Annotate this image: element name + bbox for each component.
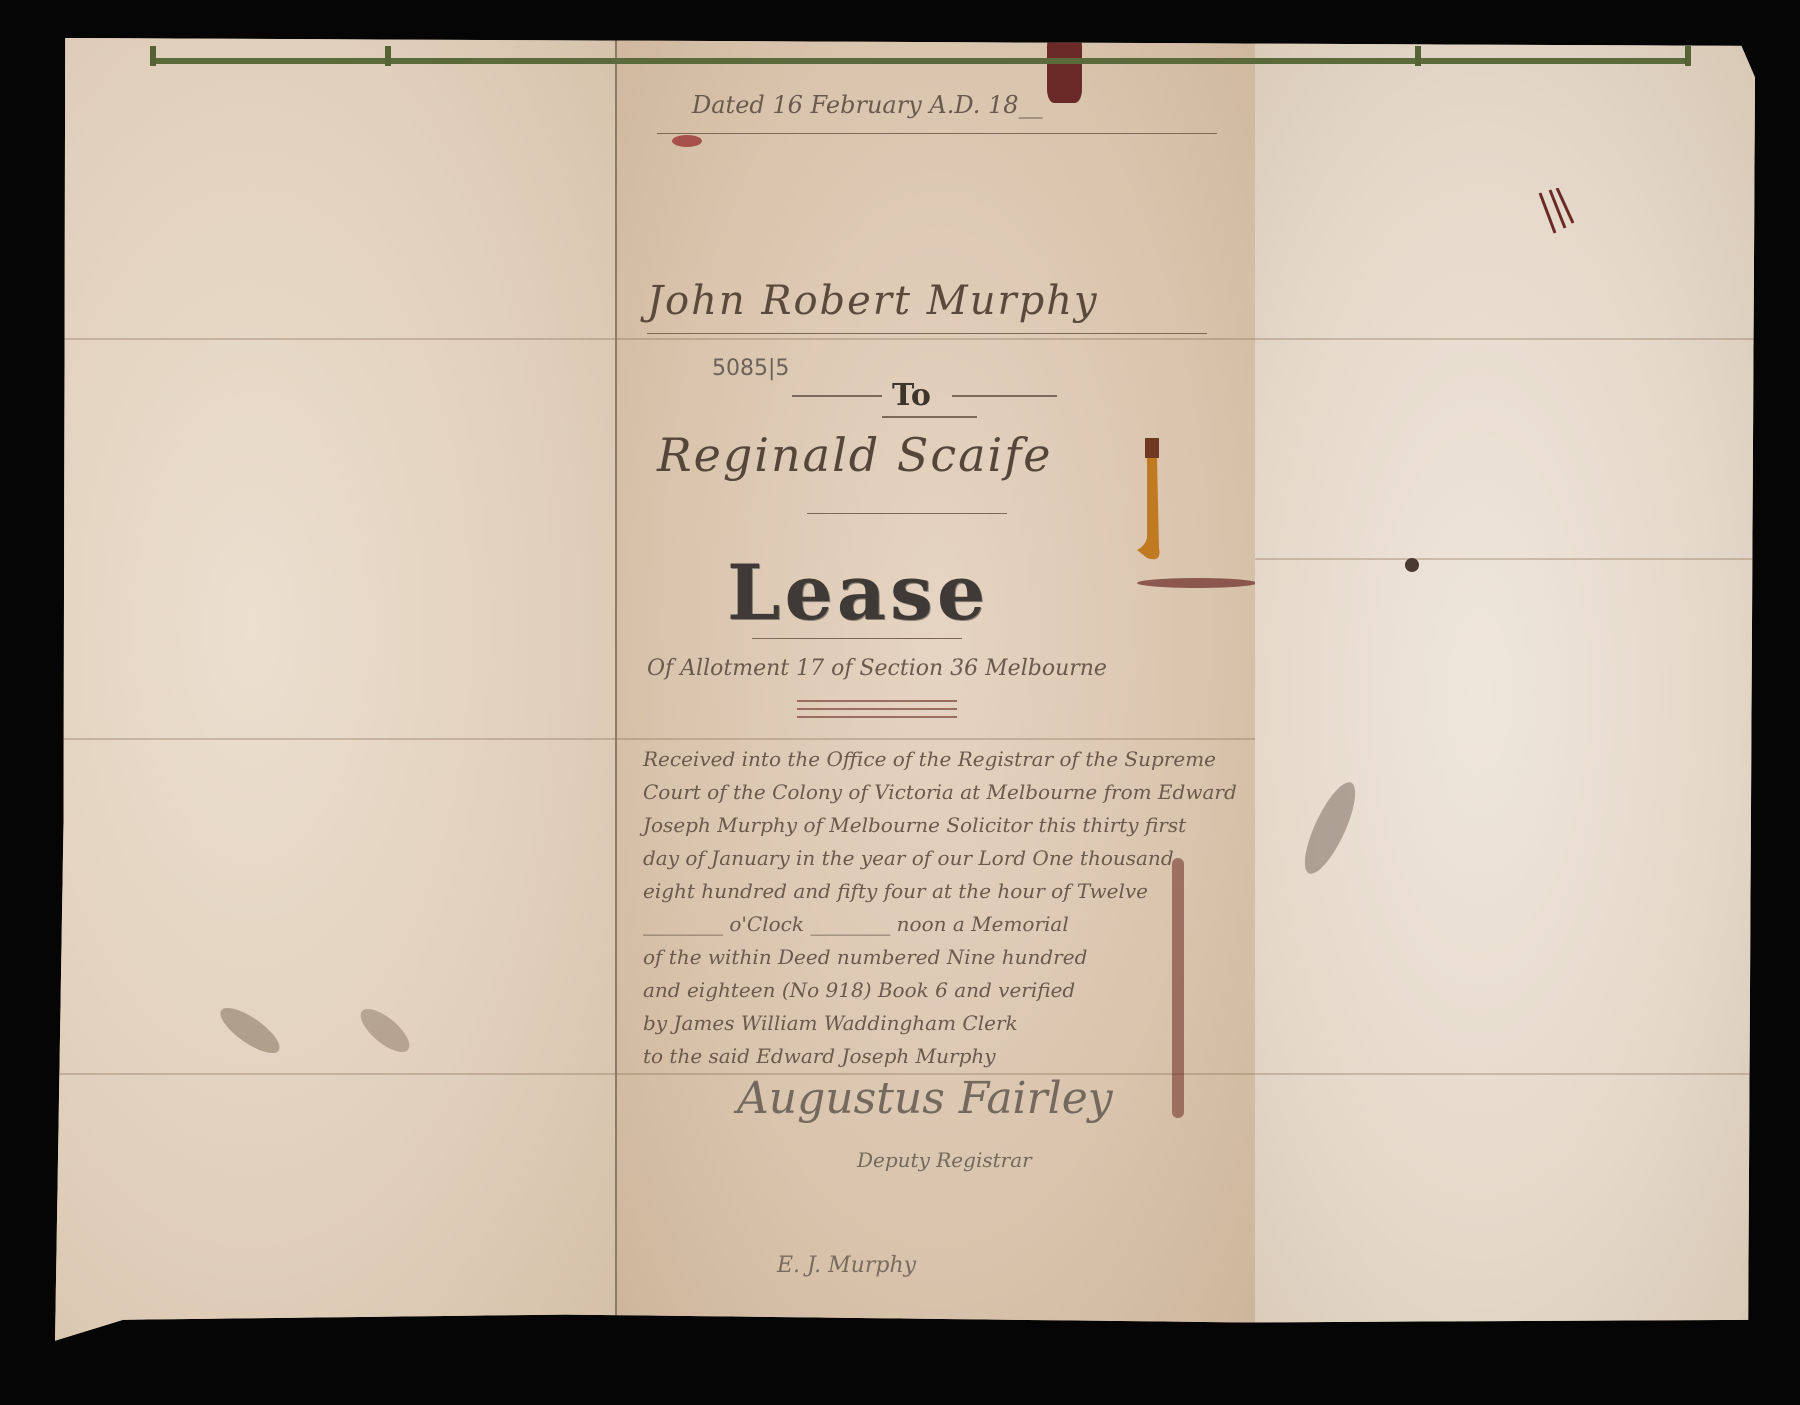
fold-crease	[617, 338, 1257, 340]
rule	[882, 416, 977, 418]
memo-line: Joseph Murphy of Melbourne Solicitor thi…	[643, 809, 1243, 842]
rule	[657, 133, 1217, 134]
stain	[214, 1000, 286, 1061]
red-rule	[797, 700, 957, 702]
memo-line: of the within Deed numbered Nine hundred	[643, 941, 1243, 974]
center-fold-panel: Dated 16 February A.D. 18__ John Robert …	[615, 38, 1259, 1346]
signature-title: Deputy Registrar	[857, 1148, 1032, 1172]
right-fold-panel	[1255, 38, 1755, 1346]
memo-line: day of January in the year of our Lord O…	[643, 842, 1243, 875]
registrar-signature: Augustus Fairley	[737, 1073, 1113, 1124]
subject-line: Of Allotment 17 of Section 36 Melbourne	[647, 656, 1107, 681]
rule	[952, 395, 1057, 397]
connector-to: To	[892, 378, 931, 413]
ribbon-end	[1415, 46, 1421, 66]
red-rule	[797, 716, 957, 718]
memo-line: and eighteen (No 918) Book 6 and verifie…	[643, 974, 1243, 1007]
ribbon-end	[1685, 46, 1691, 66]
catalog-number: 5085|5	[712, 356, 789, 381]
parchment-document: Dated 16 February A.D. 18__ John Robert …	[55, 38, 1755, 1346]
fold-crease	[617, 738, 1257, 740]
stain	[1295, 776, 1364, 879]
memo-line: to the said Edward Joseph Murphy	[643, 1040, 1243, 1073]
stain	[1405, 558, 1419, 572]
memo-line: Received into the Office of the Registra…	[643, 743, 1243, 776]
ribbon-end	[150, 46, 156, 66]
fold-crease	[55, 738, 615, 740]
ink-hatch-mark	[1535, 188, 1575, 238]
rule	[752, 638, 962, 639]
fold-crease	[1255, 558, 1755, 560]
red-ink-stain	[672, 135, 702, 147]
memo-line: eight hundred and fifty four at the hour…	[643, 875, 1243, 908]
green-ribbon-tie	[1260, 58, 1690, 64]
document-title: Lease	[727, 548, 989, 637]
left-fold-panel	[55, 38, 615, 1346]
rule	[792, 395, 882, 397]
red-rule	[797, 708, 957, 710]
memo-line: by James William Waddingham Clerk	[643, 1007, 1243, 1040]
endorsement: E. J. Murphy	[777, 1253, 916, 1278]
dark-stain	[1047, 33, 1082, 103]
memo-line: Court of the Colony of Victoria at Melbo…	[643, 776, 1243, 809]
green-ribbon-tie	[150, 58, 1385, 64]
wax-seal-drip	[1137, 438, 1167, 568]
ribbon-end	[385, 46, 391, 66]
registration-memo: Received into the Office of the Registra…	[643, 743, 1243, 1073]
party-to: Reginald Scaife	[657, 428, 1053, 482]
rule	[807, 513, 1007, 514]
rule	[647, 333, 1207, 334]
fold-crease	[1255, 338, 1755, 340]
stain	[1172, 858, 1184, 1118]
party-from: John Robert Murphy	[647, 278, 1099, 324]
fold-crease	[55, 338, 615, 340]
dated-line: Dated 16 February A.D. 18__	[692, 91, 1043, 119]
fold-crease	[55, 1073, 615, 1075]
memo-line: ________ o'Clock ________ noon a Memoria…	[643, 908, 1243, 941]
stain	[1137, 578, 1257, 588]
fold-crease	[1255, 1073, 1755, 1075]
stain	[354, 1002, 416, 1060]
